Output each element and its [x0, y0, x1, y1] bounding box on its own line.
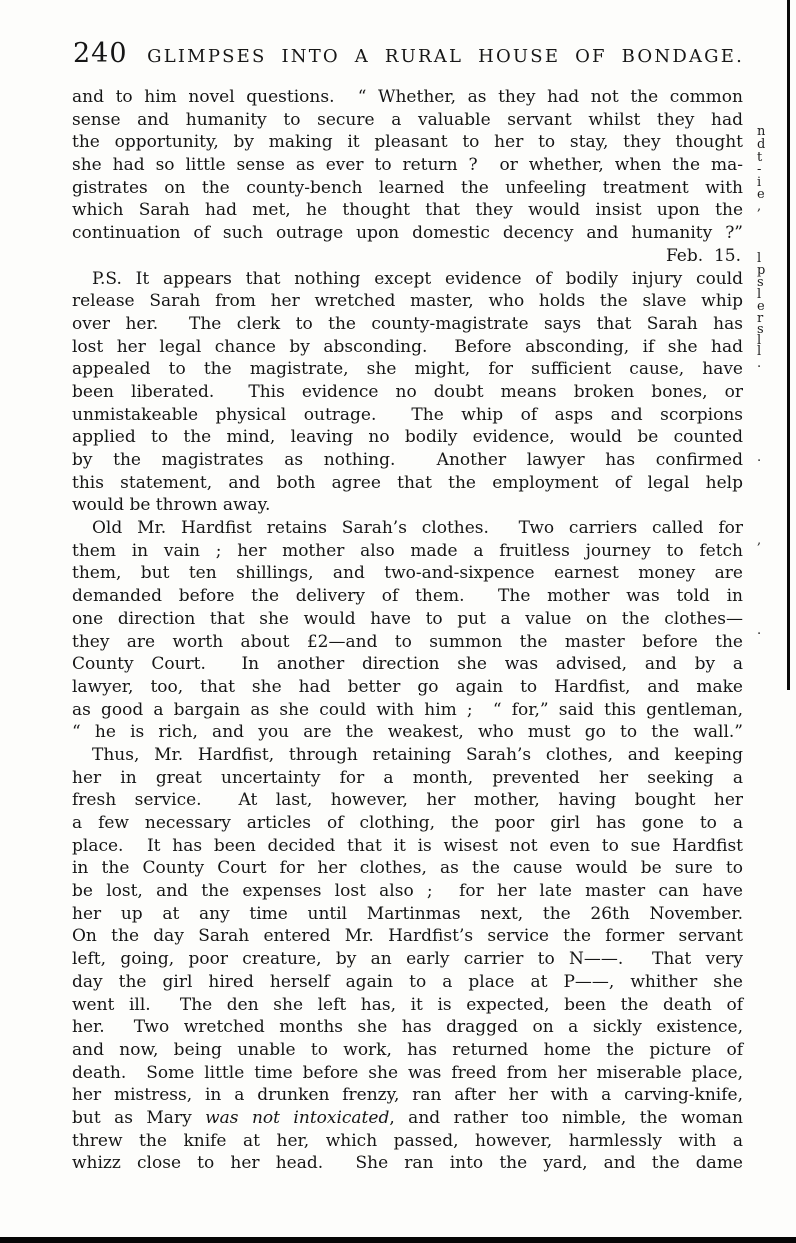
- page-number: 240: [73, 38, 128, 69]
- text-line: and now, being unable to work, has retur…: [72, 1039, 743, 1062]
- text-line: be lost, and the expenses lost also ; fo…: [72, 880, 743, 903]
- text-line: her up at any time until Martinmas next,…: [72, 903, 743, 926]
- scan-bottom-edge: [0, 1237, 796, 1243]
- text-line: “ he is rich, and you are the weakest, w…: [72, 721, 743, 744]
- text-line: but as Mary was not intoxicated, and rat…: [72, 1107, 743, 1130]
- text-line: death. Some little time before she was f…: [72, 1062, 743, 1085]
- bleed-character: ,: [757, 533, 761, 548]
- facing-page-bleed-text: ndt-ie,lpslersll..,.: [756, 0, 786, 1243]
- text-line: her in great uncertainty for a month, pr…: [72, 767, 743, 790]
- text-line: they are worth about £2—and to summon th…: [72, 631, 743, 654]
- bleed-character: .: [757, 623, 761, 638]
- paragraph: and to him novel questions. “ Whether, a…: [72, 86, 743, 245]
- text-line: lost her legal chance by absconding. Bef…: [72, 336, 743, 359]
- text-line: in the County Court for her clothes, as …: [72, 857, 743, 880]
- text-line: appealed to the magistrate, she might, f…: [72, 358, 743, 381]
- text-line: demanded before the delivery of them. Th…: [72, 585, 743, 608]
- bleed-character: ,: [757, 199, 761, 214]
- text-line: over her. The clerk to the county-magist…: [72, 313, 743, 336]
- bleed-character: .: [757, 450, 761, 465]
- text-line: been liberated. This evidence no doubt m…: [72, 381, 743, 404]
- paragraph: Old Mr. Hardfist retains Sarah’s clothes…: [72, 517, 743, 744]
- text-line: Old Mr. Hardfist retains Sarah’s clothes…: [72, 517, 743, 540]
- text-line: as good a bargain as she could with him …: [72, 699, 743, 722]
- text-line: her mistress, in a drunken frenzy, ran a…: [72, 1084, 743, 1107]
- dateline: Feb. 15.: [72, 245, 743, 268]
- text-line: gistrates on the county-bench learned th…: [72, 177, 743, 200]
- text-line: one direction that she would have to put…: [72, 608, 743, 631]
- text-line: would be thrown away.: [72, 494, 743, 517]
- text-line: went ill. The den she left has, it is ex…: [72, 994, 743, 1017]
- italic-phrase: was not intoxicated: [205, 1108, 389, 1128]
- text-line: sense and humanity to secure a valuable …: [72, 109, 743, 132]
- text-line: fresh service. At last, however, her mot…: [72, 789, 743, 812]
- text-line: applied to the mind, leaving no bodily e…: [72, 426, 743, 449]
- text-line: Thus, Mr. Hardfist, through retaining Sa…: [72, 744, 743, 767]
- scanned-book-page: 240 GLIMPSES INTO A RURAL HOUSE OF BONDA…: [0, 0, 796, 1243]
- text-line: this statement, and both agree that the …: [72, 472, 743, 495]
- text-line: whizz close to her head. She ran into th…: [72, 1152, 743, 1175]
- text-line: continuation of such outrage upon domest…: [72, 222, 743, 245]
- text-line: her. Two wretched months she has dragged…: [72, 1016, 743, 1039]
- text-line: Feb. 15.: [72, 245, 743, 268]
- text-line: left, going, poor creature, by an early …: [72, 948, 743, 971]
- text-line: by the magistrates as nothing. Another l…: [72, 449, 743, 472]
- text-line: which Sarah had met, he thought that the…: [72, 199, 743, 222]
- text-line: place. It has been decided that it is wi…: [72, 835, 743, 858]
- text-line: release Sarah from her wretched master, …: [72, 290, 743, 313]
- text-line: them, but ten shillings, and two-and-six…: [72, 562, 743, 585]
- bleed-character: .: [757, 356, 761, 371]
- text-line: On the day Sarah entered Mr. Hardfist’s …: [72, 925, 743, 948]
- text-segment: , and rather too nimble, the woman: [389, 1108, 743, 1128]
- page-header: 240 GLIMPSES INTO A RURAL HOUSE OF BONDA…: [73, 38, 744, 69]
- paragraph: Thus, Mr. Hardfist, through retaining Sa…: [72, 744, 743, 1175]
- text-line: and to him novel questions. “ Whether, a…: [72, 86, 743, 109]
- text-line: she had so little sense as ever to retur…: [72, 154, 743, 177]
- scan-edge-rule: [787, 0, 790, 690]
- running-title: GLIMPSES INTO A RURAL HOUSE OF BONDAGE.: [147, 46, 744, 67]
- text-line: day the girl hired herself again to a pl…: [72, 971, 743, 994]
- text-line: County Court. In another direction she w…: [72, 653, 743, 676]
- text-line: lawyer, too, that she had better go agai…: [72, 676, 743, 699]
- text-line: P.S. It appears that nothing except evid…: [72, 268, 743, 291]
- text-line: unmistakeable physical outrage. The whip…: [72, 404, 743, 427]
- text-line: the opportunity, by making it pleasant t…: [72, 131, 743, 154]
- page-body: and to him novel questions. “ Whether, a…: [72, 86, 743, 1175]
- text-line: them in vain ; her mother also made a fr…: [72, 540, 743, 563]
- text-line: a few necessary articles of clothing, th…: [72, 812, 743, 835]
- text-line: threw the knife at her, which passed, ho…: [72, 1130, 743, 1153]
- text-segment: but as Mary: [72, 1108, 205, 1128]
- paragraph: P.S. It appears that nothing except evid…: [72, 268, 743, 518]
